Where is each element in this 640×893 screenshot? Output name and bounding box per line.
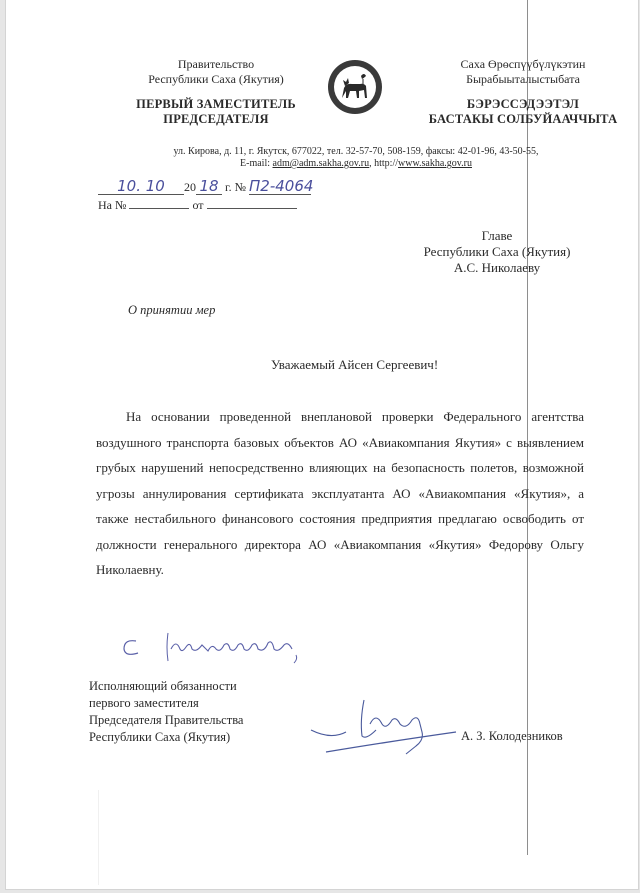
address-line: ул. Кирова, д. 11, г. Якутск, 677022, те…: [146, 146, 566, 158]
letterhead-right: Саха Өрөспүүбүлүкэтин Бырабыыталыстыбата…: [408, 57, 638, 127]
number-label: г. №: [222, 180, 249, 194]
signer-title-line1: Исполняющий обязанности: [89, 678, 243, 695]
gov-name-sakha-line2: Бырабыыталыстыбата: [408, 72, 638, 87]
subject: О принятии мер: [128, 303, 215, 318]
salutation: Уважаемый Айсен Сергеевич!: [271, 357, 438, 373]
date-day-month: 10. 10: [98, 178, 184, 195]
addressee-line1: Главе: [402, 228, 592, 244]
contact-address: ул. Кирова, д. 11, г. Якутск, 677022, те…: [146, 146, 566, 170]
outgoing-number-line: 10. 102018 г. № П2-4064: [98, 178, 311, 195]
gov-name-sakha-line1: Саха Өрөспүүбүлүкэтин: [408, 57, 638, 72]
registration-block: 10. 102018 г. № П2-4064 На № от: [98, 178, 311, 213]
addressee-line2: Республики Саха (Якутия): [402, 244, 592, 260]
addressee-line3: А.С. Николаеву: [402, 260, 592, 276]
gov-name-line2: Республики Саха (Якутия): [111, 72, 321, 87]
signer-title-line4: Республики Саха (Якутия): [89, 729, 243, 746]
signer-name: А. З. Колодезников: [461, 729, 563, 744]
email-link[interactable]: adm@adm.sakha.gov.ru: [273, 158, 370, 169]
gov-name-line1: Правительство: [111, 57, 321, 72]
signer-title-line3: Председателя Правительства: [89, 712, 243, 729]
letter-page: Правительство Республики Саха (Якутия) П…: [5, 0, 639, 890]
date-year: 18: [196, 178, 222, 195]
signature-icon: [306, 690, 466, 760]
signer-title-line2: первого заместителя: [89, 695, 243, 712]
website-link[interactable]: www.sakha.gov.ru: [398, 158, 472, 169]
letter-body: На основании проведенной внеплановой про…: [96, 404, 584, 583]
signer-title: Исполняющий обязанности первого заместит…: [89, 678, 243, 746]
outgoing-number: П2-4064: [249, 178, 311, 195]
email-label: E-mail:: [240, 158, 273, 169]
position-title-sakha-line1: БЭРЭССЭДЭЭТЭЛ: [408, 97, 638, 112]
signature: [306, 690, 466, 760]
position-title-line2: ПРЕДСЕДАТЕЛЯ: [111, 112, 321, 127]
web-separator: , http://: [369, 158, 398, 169]
handwriting-icon: [116, 627, 316, 672]
sakha-emblem-icon: [326, 58, 384, 116]
scan-artifact: [98, 790, 99, 885]
ref-number-field: [129, 195, 189, 209]
reference-line: На № от: [98, 195, 311, 213]
from-date-field: [207, 195, 297, 209]
ref-label: На №: [98, 198, 126, 212]
from-label: от: [192, 198, 203, 212]
year-prefix: 20: [184, 180, 196, 194]
contact-links: E-mail: adm@adm.sakha.gov.ru, http://www…: [146, 158, 566, 170]
position-title-sakha-line2: БАСТАКЫ СОЛБУЙААЧЧЫТА: [408, 112, 638, 127]
position-title-line1: ПЕРВЫЙ ЗАМЕСТИТЕЛЬ: [111, 97, 321, 112]
handwritten-note: С уважением,: [116, 627, 316, 672]
addressee: Главе Республики Саха (Якутия) А.С. Нико…: [402, 228, 592, 276]
letterhead-left: Правительство Республики Саха (Якутия) П…: [111, 57, 321, 127]
